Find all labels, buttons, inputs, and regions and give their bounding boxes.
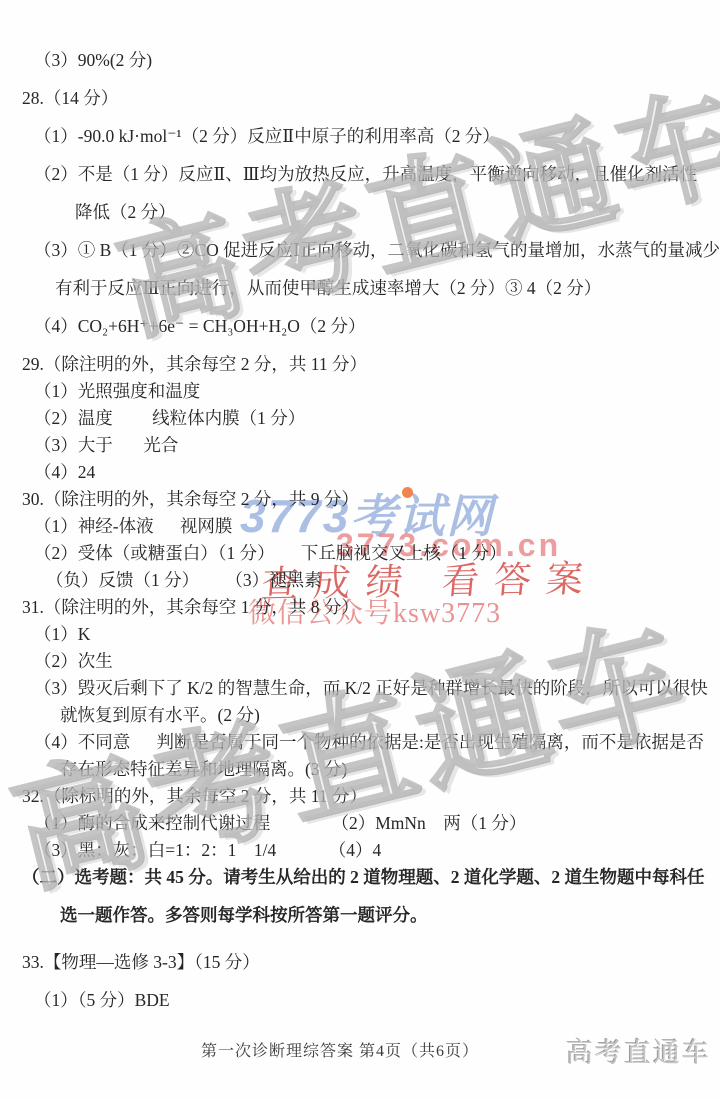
doc-line: （4）不同意 判断是否属于同一个物种的依据是:是否出现生殖隔离，而不是依据是否 xyxy=(0,732,720,759)
doc-line: （3）① B（1 分）②CO 促进反应Ⅰ正向移动，二氧化碳和氢气的量增加，水蒸气… xyxy=(0,240,720,278)
doc-line: （1）-90.0 kJ·mol⁻¹（2 分）反应Ⅱ中原子的利用率高（2 分） xyxy=(0,126,720,164)
answer-sheet-page: 3773考试网 3773.com.cn 查成绩 看答案 微信公众号ksw3773… xyxy=(0,0,720,1100)
doc-line: （1）（5 分）BDE xyxy=(0,990,720,1017)
doc-line: 28.（14 分） xyxy=(0,88,720,126)
doc-line: （1）K xyxy=(0,624,720,651)
doc-line: （3）黑：灰：白=1：2：1 1/4 （4）4 xyxy=(0,840,720,867)
doc-line: 就恢复到原有水平。(2 分) xyxy=(0,705,720,732)
doc-line: （负）反馈（1 分） （3）褪黑素 xyxy=(0,570,720,597)
doc-line: （4）CO₂+6H⁺+6e⁻ = CH₃OH+H₂O（2 分） xyxy=(0,316,720,354)
doc-line: 选一题作答。多答则每学科按所答第一题评分。 xyxy=(0,905,720,943)
doc-line: （3）90%(2 分) xyxy=(0,50,720,88)
watermark-brand-corner: 高考直通车 xyxy=(566,1031,711,1070)
doc-line: 31.（除注明的外，其余每空 1 分，共 8 分） xyxy=(0,597,720,624)
doc-line: （2）不是（1 分）反应Ⅱ、Ⅲ均为放热反应，升高温度，平衡逆向移动，且催化剂活性 xyxy=(0,164,720,202)
doc-line: （3）毁灭后剩下了 K/2 的智慧生命，而 K/2 正好是种群增长最快的阶段，所… xyxy=(0,678,720,705)
doc-line: （2）温度 线粒体内膜（1 分） xyxy=(0,408,720,435)
doc-line: （二）选考题：共 45 分。请考生从给出的 2 道物理题、2 道化学题、2 道生… xyxy=(0,867,720,905)
doc-line: （1）光照强度和温度 xyxy=(0,381,720,408)
doc-line: （4）24 xyxy=(0,462,720,489)
doc-line: （1）神经-体液 视网膜 xyxy=(0,516,720,543)
doc-line: （2）受体（或糖蛋白）（1 分） 下丘脑视交叉上核（1 分） xyxy=(0,543,720,570)
doc-line: 33.【物理—选修 3-3】（15 分） xyxy=(0,952,720,990)
doc-line: 29.（除注明的外，其余每空 2 分，共 11 分） xyxy=(0,354,720,381)
doc-line: （3）大于 光合 xyxy=(0,435,720,462)
doc-line: 32.（除标明的外，其余每空 2 分，共 11 分） xyxy=(0,786,720,813)
doc-line: 降低（2 分） xyxy=(0,202,720,240)
doc-line: （2）次生 xyxy=(0,651,720,678)
doc-line: 30.（除注明的外，其余每空 2 分，共 9 分） xyxy=(0,489,720,516)
doc-lines: （3）90%(2 分)28.（14 分）（1）-90.0 kJ·mol⁻¹（2 … xyxy=(0,50,720,1017)
doc-line: 有利于反应Ⅲ正向进行，从而使甲醇生成速率增大（2 分）③ 4（2 分） xyxy=(0,278,720,316)
doc-line: （1）酶的合成来控制代谢过程 （2）MmNn 两（1 分） xyxy=(0,813,720,840)
doc-line: 存在形态特征差异和地理隔离。(3 分) xyxy=(0,759,720,786)
